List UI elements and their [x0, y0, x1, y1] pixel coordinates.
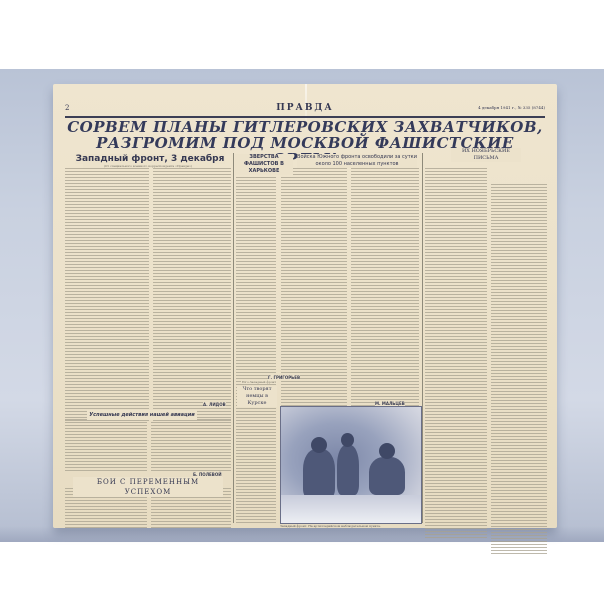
text-column — [153, 168, 231, 423]
article-title-western-front: Западный фронт, 3 декабря — [75, 154, 225, 164]
text-column — [236, 168, 276, 523]
photo-caption: Западный фронт. На артиллерийском наблюд… — [280, 524, 420, 528]
text-column — [65, 419, 147, 471]
soldier-head — [379, 443, 395, 459]
signature-lidov: А. ЛИДОВ — [203, 402, 226, 407]
article-title-november-letters: ИХ НОЯБРЬСКИЕ ПИСЬМА — [451, 148, 521, 162]
text-column — [491, 184, 547, 554]
newspaper-page: 2 ПРАВДА 4 декабря 1941 г., № 335 (8744)… — [53, 84, 557, 528]
article-title-kursk: Что творят немцы в Курске — [237, 386, 277, 407]
soldier-figure — [303, 449, 335, 499]
article-title-kharkov: ЗВЕРСТВА ФАШИСТОВ В ХАРЬКОВЕ — [235, 154, 293, 175]
text-column — [281, 168, 347, 408]
headline-line-1: СОРВЕМ ПЛАНЫ ГИТЛЕРОВСКИХ ЗАХВАТЧИКОВ, — [65, 119, 545, 135]
article-title-battles: БОИ С ПЕРЕМЕННЫМ УСПЕХОМ — [73, 477, 223, 497]
issue-line: 4 декабря 1941 г., № 335 (8744) — [478, 105, 545, 110]
masthead: 2 ПРАВДА 4 декабря 1941 г., № 335 (8744) — [65, 104, 545, 118]
soldier-head — [341, 433, 354, 447]
war-photograph — [280, 406, 422, 524]
newspaper-title: ПРАВДА — [65, 103, 545, 113]
text-column — [65, 168, 149, 423]
article-title-southern-front: Войска Южного фронта освободили за сутки… — [297, 154, 417, 168]
snow-trench — [281, 495, 421, 523]
article-dateline-kursk: Юго-Западный фронт — [241, 380, 277, 384]
text-column — [151, 419, 231, 471]
column-rule — [422, 153, 423, 523]
soldier-figure — [337, 445, 359, 495]
article-title-aviation: Успешные действия нашей авиации — [87, 410, 197, 420]
text-column — [425, 168, 487, 538]
soldier-figure — [369, 457, 405, 495]
soldier-head — [311, 437, 327, 453]
text-column — [351, 168, 419, 408]
column-rule — [233, 153, 234, 523]
article-note: (От специального военного корреспондента… — [83, 164, 213, 168]
